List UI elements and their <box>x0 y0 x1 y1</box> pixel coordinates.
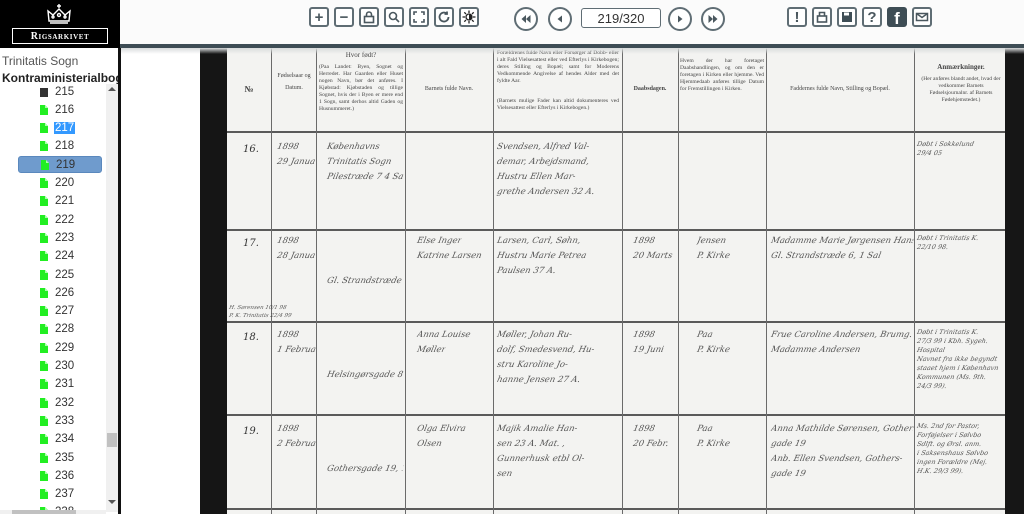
file-icon <box>40 306 48 316</box>
exclamation-icon: ! <box>795 10 800 25</box>
scan-left-edge <box>200 48 230 514</box>
file-icon <box>40 141 48 151</box>
tree-item-page[interactable]: 226 <box>18 284 102 301</box>
entry-baptism-by-text: Paa <box>695 422 714 437</box>
entry-birth-text: 28 Januar <box>275 249 316 264</box>
file-icon <box>40 324 48 334</box>
header-parents: Forældrenes fulde Navn eller Forsørger a… <box>497 50 619 85</box>
tree-item-label: 217 <box>54 122 75 134</box>
entry-remarks-text: Kommunen (Ms. 9th. <box>916 373 987 382</box>
file-icon <box>40 471 48 481</box>
column-divider <box>493 48 494 514</box>
page-tree: 2152162172182192202212222232242252262272… <box>0 84 106 514</box>
entry-parents-text: Hustru Ellen Mar- <box>495 170 577 185</box>
entry-birthplace-text: Gl. Strandstræde 2 1s. <box>325 274 404 289</box>
tree-item-label: 224 <box>54 250 75 262</box>
entry-child-name-text: Else Inger <box>415 234 463 249</box>
column-divider <box>678 48 679 514</box>
entry-birthplace-text: Helsingørsgade 8 3 Sal <box>325 368 404 383</box>
tree-vertical-scrollbar[interactable] <box>106 84 118 512</box>
print-icon <box>815 10 829 24</box>
header-birth-date: Fødselsaar og Datum. <box>275 70 313 94</box>
entry-birth-text: 2 Februar <box>275 437 316 452</box>
previous-page-button[interactable] <box>548 7 572 31</box>
tree-item-label: 219 <box>55 159 76 171</box>
column-divider <box>405 48 406 514</box>
last-page-button[interactable] <box>701 7 725 31</box>
brightness-button[interactable] <box>459 7 479 27</box>
entry-parents-text: Møller, Johan Ru- <box>495 328 573 343</box>
entry-godparents-text: Anna Mathilde Sørensen, Gothers- <box>769 422 914 437</box>
entry-baptism-date-text: 1898 <box>631 328 656 343</box>
file-icon <box>40 416 48 426</box>
entry-parents-text: sen <box>495 467 513 482</box>
zoom-in-button[interactable]: + <box>309 7 329 27</box>
file-icon <box>40 361 48 371</box>
entry-number: 19. <box>243 426 259 437</box>
column-divider <box>622 48 623 514</box>
tree-item-label: 236 <box>54 470 75 482</box>
entry-remarks-text: Døbt i Sokkelund <box>916 140 975 149</box>
header-parents-sub: (Barnets mulige Fader kan altid dokument… <box>497 98 619 112</box>
rigsarkivet-logo[interactable]: Rigsarkivet <box>0 0 120 48</box>
file-icon <box>40 288 48 298</box>
tree-item-page[interactable]: 229 <box>18 339 102 356</box>
entry-parents-text: Larsen, Carl, Søhn, <box>495 234 582 249</box>
tree-item-label: 225 <box>54 269 75 281</box>
entry-child-name-text: Olsen <box>415 437 443 452</box>
parish-label: Trinitatis Sogn <box>2 54 78 68</box>
entry-parents-text: stru Karoline Jo- <box>495 358 569 373</box>
folder-dark-icon <box>40 87 48 97</box>
tree-item-page[interactable]: 222 <box>18 211 102 228</box>
tree-item-page[interactable]: 233 <box>18 412 102 429</box>
tree-item-label: 234 <box>54 433 75 445</box>
tree-item-page[interactable]: 227 <box>18 303 102 320</box>
save-button[interactable] <box>837 7 857 27</box>
entry-parents-text: Majik Amalie Han- <box>495 422 578 437</box>
brightness-icon <box>462 10 476 24</box>
tree-item-page[interactable]: 216 <box>18 101 102 118</box>
tree-item-page[interactable]: 223 <box>18 229 102 246</box>
entry-baptism-by-text: P. Kirke <box>695 343 731 358</box>
entry-birth-text: 1898 <box>275 140 300 155</box>
page-number-input[interactable] <box>581 8 661 28</box>
entry-godparents-text: gade 19 <box>769 467 807 482</box>
tree-item-label: 230 <box>54 360 75 372</box>
header-godparents: Faddernes fulde Navn, Stilling og Bopæl. <box>768 86 912 93</box>
entry-number: 17. <box>243 238 259 249</box>
entry-godparents-text: gade 19 <box>769 437 807 452</box>
entry-parents-text: demar, Arbejdsmand, <box>495 155 590 170</box>
column-divider <box>914 48 915 514</box>
row-divider <box>227 229 1007 231</box>
row-divider <box>227 321 1007 323</box>
entry-parents-text: Paulsen 37 A. <box>495 264 557 279</box>
scanned-register-page: № Fødselsaar og Datum. Hvor født? (Paa L… <box>227 48 1007 514</box>
file-icon <box>40 251 48 261</box>
tree-item-page[interactable]: 218 <box>18 138 102 155</box>
entry-birth-text: 1898 <box>275 234 300 249</box>
tree-item-page[interactable]: 228 <box>18 321 102 338</box>
book-label: Kontraministerialbog <box>2 71 118 85</box>
entry-parents-text: hanne Jensen 27 A. <box>495 373 581 388</box>
file-icon <box>40 379 48 389</box>
file-icon <box>40 105 48 115</box>
tree-item-label: 231 <box>54 378 75 390</box>
tree-item-label: 229 <box>54 342 75 354</box>
tree-item-page[interactable]: 217 <box>18 120 102 137</box>
entry-baptism-date-text: 1898 <box>631 234 656 249</box>
entry-baptism-by-text: P. Kirke <box>695 249 731 264</box>
entry-remarks-text: 27/3 99 i Kbh. Sygeh. <box>916 337 989 346</box>
rotate-icon <box>437 10 451 24</box>
tree-item-page[interactable]: 219 <box>18 156 102 173</box>
entry-birth-text: 1 Februar <box>275 343 316 358</box>
header-bottom-rule <box>227 131 1007 133</box>
crown-icon <box>45 3 73 25</box>
entry-baptism-date-text: 1898 <box>631 422 656 437</box>
previous-page-icon <box>554 13 566 25</box>
entry-remarks-text: 29/4 05 <box>916 149 943 158</box>
scan-right-edge <box>1005 48 1024 514</box>
row-divider <box>227 508 1007 510</box>
zoom-out-button[interactable]: − <box>334 7 354 27</box>
tree-item-label: 227 <box>54 305 75 317</box>
entry-remarks-text: staaet hjem i København <box>916 364 999 373</box>
entry-remarks-text: Ms. 2nd for Pastor, <box>916 422 980 431</box>
entry-birthplace-text: Pilestræde 7 4 Sal <box>325 170 404 185</box>
header-baptism-date: Daabsdagen. <box>624 86 676 93</box>
entry-parents-text: Hustru Marie Petrea <box>495 249 587 264</box>
entry-remarks-text: i Saksenshaus Sølvbo <box>916 449 989 458</box>
entry-baptism-by-text: P. Kirke <box>695 437 731 452</box>
file-icon <box>40 453 48 463</box>
report-button[interactable]: ! <box>787 7 807 27</box>
plus-icon: + <box>315 10 324 25</box>
archive-tree-sidebar: Trinitatis Sogn Kontraministerialbog 215… <box>0 48 118 514</box>
tree-item-label: 232 <box>54 397 75 409</box>
entry-remarks-text: 22/10 98. <box>916 243 949 252</box>
entry-baptism-date-text: 20 Marts <box>631 249 673 264</box>
magnifier-button[interactable] <box>384 7 404 27</box>
fullscreen-button[interactable] <box>409 7 429 27</box>
tree-item-page[interactable]: 234 <box>18 431 102 448</box>
entry-child-name-text: Møller <box>415 343 447 358</box>
entry-remarks-text: Døbt i Trinitatis K. <box>916 328 979 337</box>
entry-parents-text: dolf, Smedesvend, Hu- <box>495 343 595 358</box>
column-divider <box>766 48 767 514</box>
entry-child-name-text: Anna Louise <box>415 328 471 343</box>
tree-item-label: 235 <box>54 452 75 464</box>
entry-birthplace-text: Københavns <box>325 140 381 155</box>
entry-remarks-text: H.K. 29/3 99). <box>916 467 964 476</box>
file-icon <box>40 434 48 444</box>
header-number: № <box>227 86 271 93</box>
tree-item-page[interactable]: 225 <box>18 266 102 283</box>
tree-item-label: 222 <box>54 214 75 226</box>
tree-item-label: 215 <box>54 86 75 98</box>
entry-remarks-text: Navnet fra ikke begyndt <box>916 355 998 364</box>
file-icon <box>40 270 48 280</box>
header-child-name: Barnets fulde Navn. <box>407 86 491 93</box>
file-icon <box>40 489 48 499</box>
tree-item-label: 228 <box>54 323 75 335</box>
magnifier-icon <box>387 10 401 24</box>
entry-parents-text: Gunnerhusk etbl Ol- <box>495 452 586 467</box>
email-icon <box>915 10 929 24</box>
entry-child-name-text: Katrine Larsen <box>415 249 483 264</box>
entry-godparents-text: Madamme Marie Jørgensen Hansen, <box>769 234 914 249</box>
entry-baptism-by-text: Paa <box>695 328 714 343</box>
file-icon <box>40 178 48 188</box>
entry-birth-text: 1898 <box>275 422 300 437</box>
viewer-top-shadow <box>121 48 1024 54</box>
entry-baptism-date-text: 20 Febr. <box>631 437 669 452</box>
entry-godparents-text: Frue Caroline Andersen, Brumg. 25 <box>769 328 914 343</box>
entry-baptism-by-text: Jensen <box>695 234 727 249</box>
tree-item-label: 226 <box>54 287 75 299</box>
first-page-icon <box>520 13 532 25</box>
minus-icon: − <box>340 10 349 25</box>
entry-remarks-text: ingen Forældre (Mej. <box>916 458 988 467</box>
file-icon <box>40 398 48 408</box>
tree-item-page[interactable]: 231 <box>18 376 102 393</box>
first-page-button[interactable] <box>514 7 538 31</box>
last-page-icon <box>707 13 719 25</box>
entry-remarks-text: 24/3 99). <box>916 382 947 391</box>
entry-child-name-text: Olga Elvira <box>415 422 467 437</box>
entry-number: 16. <box>243 144 259 155</box>
entry-margin-note: P. K. Trinitatis 22/4 99 <box>228 312 292 321</box>
entry-remarks-text: Sdlft. og Ørsl. anm. <box>916 440 982 449</box>
print-button[interactable] <box>812 7 832 27</box>
row-divider <box>227 414 1007 416</box>
entry-birth-text: 1898 <box>275 328 300 343</box>
file-icon <box>40 343 48 353</box>
save-icon <box>840 10 854 24</box>
entry-birth-text: 29 Januar <box>275 155 316 170</box>
hscroll-thumb[interactable] <box>12 510 76 514</box>
entry-remarks-text: Døbt i Trinitatis K. <box>916 234 979 243</box>
facebook-icon: f <box>894 10 900 27</box>
entry-godparents-text: Gl. Strandstræde 6, 1 Sal <box>769 249 882 264</box>
tree-item-page[interactable]: 220 <box>18 175 102 192</box>
entry-remarks-text: Forføjelser i Sølvbo <box>916 431 982 440</box>
tree-item-label: 218 <box>54 140 75 152</box>
tree-item-label: 223 <box>54 232 75 244</box>
scroll-up-arrow-icon[interactable] <box>108 87 116 91</box>
lock-button[interactable] <box>359 7 379 27</box>
help-icon: ? <box>867 10 876 25</box>
document-viewer[interactable]: № Fødselsaar og Datum. Hvor født? (Paa L… <box>121 48 1024 514</box>
scroll-thumb[interactable] <box>107 433 117 447</box>
help-button[interactable]: ? <box>862 7 882 27</box>
fullscreen-icon <box>412 10 426 24</box>
entry-godparents-text: Madamme Andersen <box>769 343 861 358</box>
entry-birthplace-text: Gothersgade 19, 1 <box>325 462 404 477</box>
column-divider <box>316 48 317 514</box>
header-remarks-sub: (Her anføres blandt andet, hvad der vedk… <box>919 76 1003 104</box>
rigsarkivet-wordmark: Rigsarkivet <box>12 28 108 44</box>
entry-parents-text: sen 23 A. Mat. , <box>495 437 566 452</box>
header-remarks-title: Anmærkninger. <box>916 64 1006 71</box>
tree-item-label: 216 <box>54 104 75 116</box>
file-icon <box>41 160 49 170</box>
next-page-button[interactable] <box>668 7 692 31</box>
lock-icon <box>362 10 376 24</box>
tree-item-page[interactable]: 224 <box>18 248 102 265</box>
tree-item-page[interactable]: 235 <box>18 449 102 466</box>
tree-item-page[interactable]: 215 <box>18 84 102 100</box>
tree-item-page[interactable]: 237 <box>18 486 102 503</box>
header-baptism-by: Hvem der har foretaget Daabshandlingen, … <box>680 58 764 93</box>
entry-parents-text: Svendsen, Alfred Val- <box>495 140 590 155</box>
tree-item-label: 233 <box>54 415 75 427</box>
column-divider <box>271 48 272 514</box>
tree-horizontal-scrollbar[interactable] <box>0 510 106 514</box>
file-icon <box>40 233 48 243</box>
next-page-icon <box>674 13 686 25</box>
file-icon <box>40 196 48 206</box>
scroll-down-arrow-icon[interactable] <box>108 500 116 504</box>
tree-item-page[interactable]: 230 <box>18 358 102 375</box>
entry-remarks-text: Hospital <box>916 346 946 355</box>
tree-item-label: 221 <box>54 195 75 207</box>
entry-godparents-text: Anb. Ellen Svendsen, Gothers- <box>769 452 903 467</box>
header-birthplace-sub: (Paa Landet: Byen, Sognet og Herredet. H… <box>319 64 403 113</box>
tree-item-page[interactable]: 236 <box>18 467 102 484</box>
tree-item-label: 220 <box>54 177 75 189</box>
entry-birthplace-text: Trinitatis Sogn <box>325 155 392 170</box>
email-button[interactable] <box>912 7 932 27</box>
tree-item-label: 237 <box>54 488 75 500</box>
entry-number: 18. <box>243 332 259 343</box>
tree-item-page[interactable]: 221 <box>18 193 102 210</box>
entry-baptism-date-text: 19 Juni <box>631 343 665 358</box>
file-icon <box>40 215 48 225</box>
file-icon <box>40 123 48 133</box>
entry-parents-text: grethe Andersen 32 A. <box>495 185 595 200</box>
facebook-button[interactable]: f <box>887 7 907 27</box>
rotate-button[interactable] <box>434 7 454 27</box>
tree-item-page[interactable]: 232 <box>18 394 102 411</box>
